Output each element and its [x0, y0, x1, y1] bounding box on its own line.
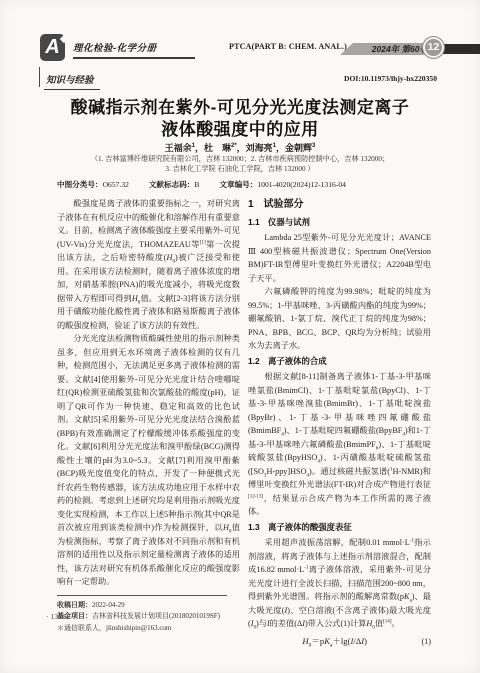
body-columns: 酸强度是离子液体的重要指标之一，对研究离子液体在有机反应中的酸催化和溶解作用有重…	[57, 197, 431, 648]
meta-doc-code-label: 文献标志码：	[149, 180, 195, 189]
meta-clc-label: 中图分类号：	[57, 180, 103, 189]
footnote-received-label: 收稿日期：	[57, 602, 92, 609]
right-column: 1 试验部分 1.1 仪器与试剂 Lambda 25型紫外-可见分光光度计；AV…	[248, 197, 431, 648]
section-1-3-paragraph-1: 采用超声波振荡溶解，配制0.01 mmol·L-1指示剂溶液，将离子液体与上述指…	[248, 536, 431, 631]
meta-article-id-label: 文章编号：	[219, 180, 257, 189]
equation-row: H0＝pKa＋lg(I/ΔI) (1)	[248, 635, 431, 649]
intro-paragraph-2: 分光光度法检测物质酸碱性使用的指示剂种类虽多，但应用到无水环境离子液体检测的仅有…	[57, 332, 240, 589]
doi-text: DOI:10.11973/lhjy-hx220350	[344, 74, 437, 83]
article-title: 酸碱指示剂在紫外-可见分光光度法测定离子 液体酸强度中的应用	[30, 97, 450, 140]
section-1-2-heading: 1.2 离子液体的合成	[248, 355, 431, 369]
footnote-received: 收稿日期：2022-04-29	[57, 600, 227, 612]
affiliation-block: （1. 吉林富博纤维研究院有限公司，吉林 132000；2. 吉林市疾病预防控制…	[30, 155, 450, 175]
footnote-fund: 基金项目：吉林省科技发展计划项目(20180201019SF)	[57, 611, 227, 623]
footnote-fund-value: 吉林省科技发展计划项目(20180201019SF)	[92, 612, 220, 620]
meta-doc-code: 文献标志码：B	[149, 179, 200, 190]
intro-paragraph-1: 酸强度是离子液体的重要指标之一，对研究离子液体在有机反应中的酸催化和溶解作用有重…	[57, 197, 240, 332]
section-1-1-paragraph-1: Lambda 25型紫外-可见分光光度计；AVANCE Ⅲ 400型核磁共振波谱…	[248, 231, 431, 285]
equation-1: H0＝pKa＋lg(I/ΔI)	[248, 635, 421, 649]
section-header: 知识与经验 DOI:10.11973/lhjy-hx220350	[44, 72, 437, 90]
page-header: A 理化检验-化学分册 PTCA(PART B: CHEM. ANAL.) 20…	[40, 34, 452, 62]
journal-name-en: PTCA(PART B: CHEM. ANAL.)	[208, 42, 368, 51]
journal-logo-icon: A	[40, 34, 65, 61]
section-1-1-paragraph-2: 六氟磷酸钾的纯度为99.98%；吡啶的纯度为99.5%；1-甲基咪唑、3-丙磺酸…	[248, 285, 431, 353]
affiliation-line1: （1. 吉林富博纤维研究院有限公司，吉林 132000；2. 吉林市疾病预防控制…	[30, 155, 450, 165]
meta-clc-value: O657.32	[103, 180, 129, 189]
meta-article-id: 文章编号：1001-4020(2024)12-1316-04	[219, 179, 346, 190]
section-1-2-paragraph-1: 根据文献[8-11]制备离子液体1-丁基-3-甲基咪唑氯盐(BmimCl)、1-…	[248, 370, 431, 519]
section-1-1-heading: 1.1 仪器与试剂	[248, 216, 431, 230]
page-number: · 1316 ·	[46, 612, 70, 621]
journal-name-cn: 理化检验-化学分册	[73, 40, 195, 59]
left-column: 酸强度是离子液体的重要指标之一，对研究离子液体在有机反应中的酸催化和溶解作用有重…	[57, 197, 240, 648]
column-label: 知识与经验	[44, 72, 100, 90]
article-title-line2: 液体酸强度中的应用	[30, 119, 450, 141]
section-1-heading: 1 试验部分	[248, 198, 431, 212]
meta-article-id-value: 1001-4020(2024)12-1316-04	[257, 180, 346, 189]
footnote-correspondence: ＊通信联系人，jlinshishipin@163.com	[57, 623, 227, 634]
meta-doc-code-value: B	[194, 180, 199, 189]
journal-page: A 理化检验-化学分册 PTCA(PART B: CHEM. ANAL.) 20…	[0, 0, 480, 673]
authors-line: 王福余1，杜 琳2*，刘海亮1，金朝辉3	[0, 141, 480, 154]
footnote-received-value: 2022-04-29	[92, 601, 125, 609]
meta-clc: 中图分类号：O657.32	[57, 179, 129, 190]
equation-1-number: (1)	[421, 635, 431, 649]
article-title-line1: 酸碱指示剂在紫外-可见分光光度法测定离子	[30, 97, 450, 119]
footnote-block: 收稿日期：2022-04-29 基金项目：吉林省科技发展计划项目(2018020…	[57, 595, 227, 634]
issue-info-band: 2024年 第60卷	[340, 43, 432, 55]
article-meta-row: 中图分类号：O657.32 文献标志码：B 文章编号：1001-4020(202…	[57, 179, 440, 190]
section-1-3-heading: 1.3 离子液体的酸强度表征	[248, 521, 431, 535]
affiliation-line2: 3. 吉林化工学院 石油化工学院，吉林 132000 ）	[30, 165, 450, 175]
issue-number-badge: 12	[423, 37, 444, 58]
